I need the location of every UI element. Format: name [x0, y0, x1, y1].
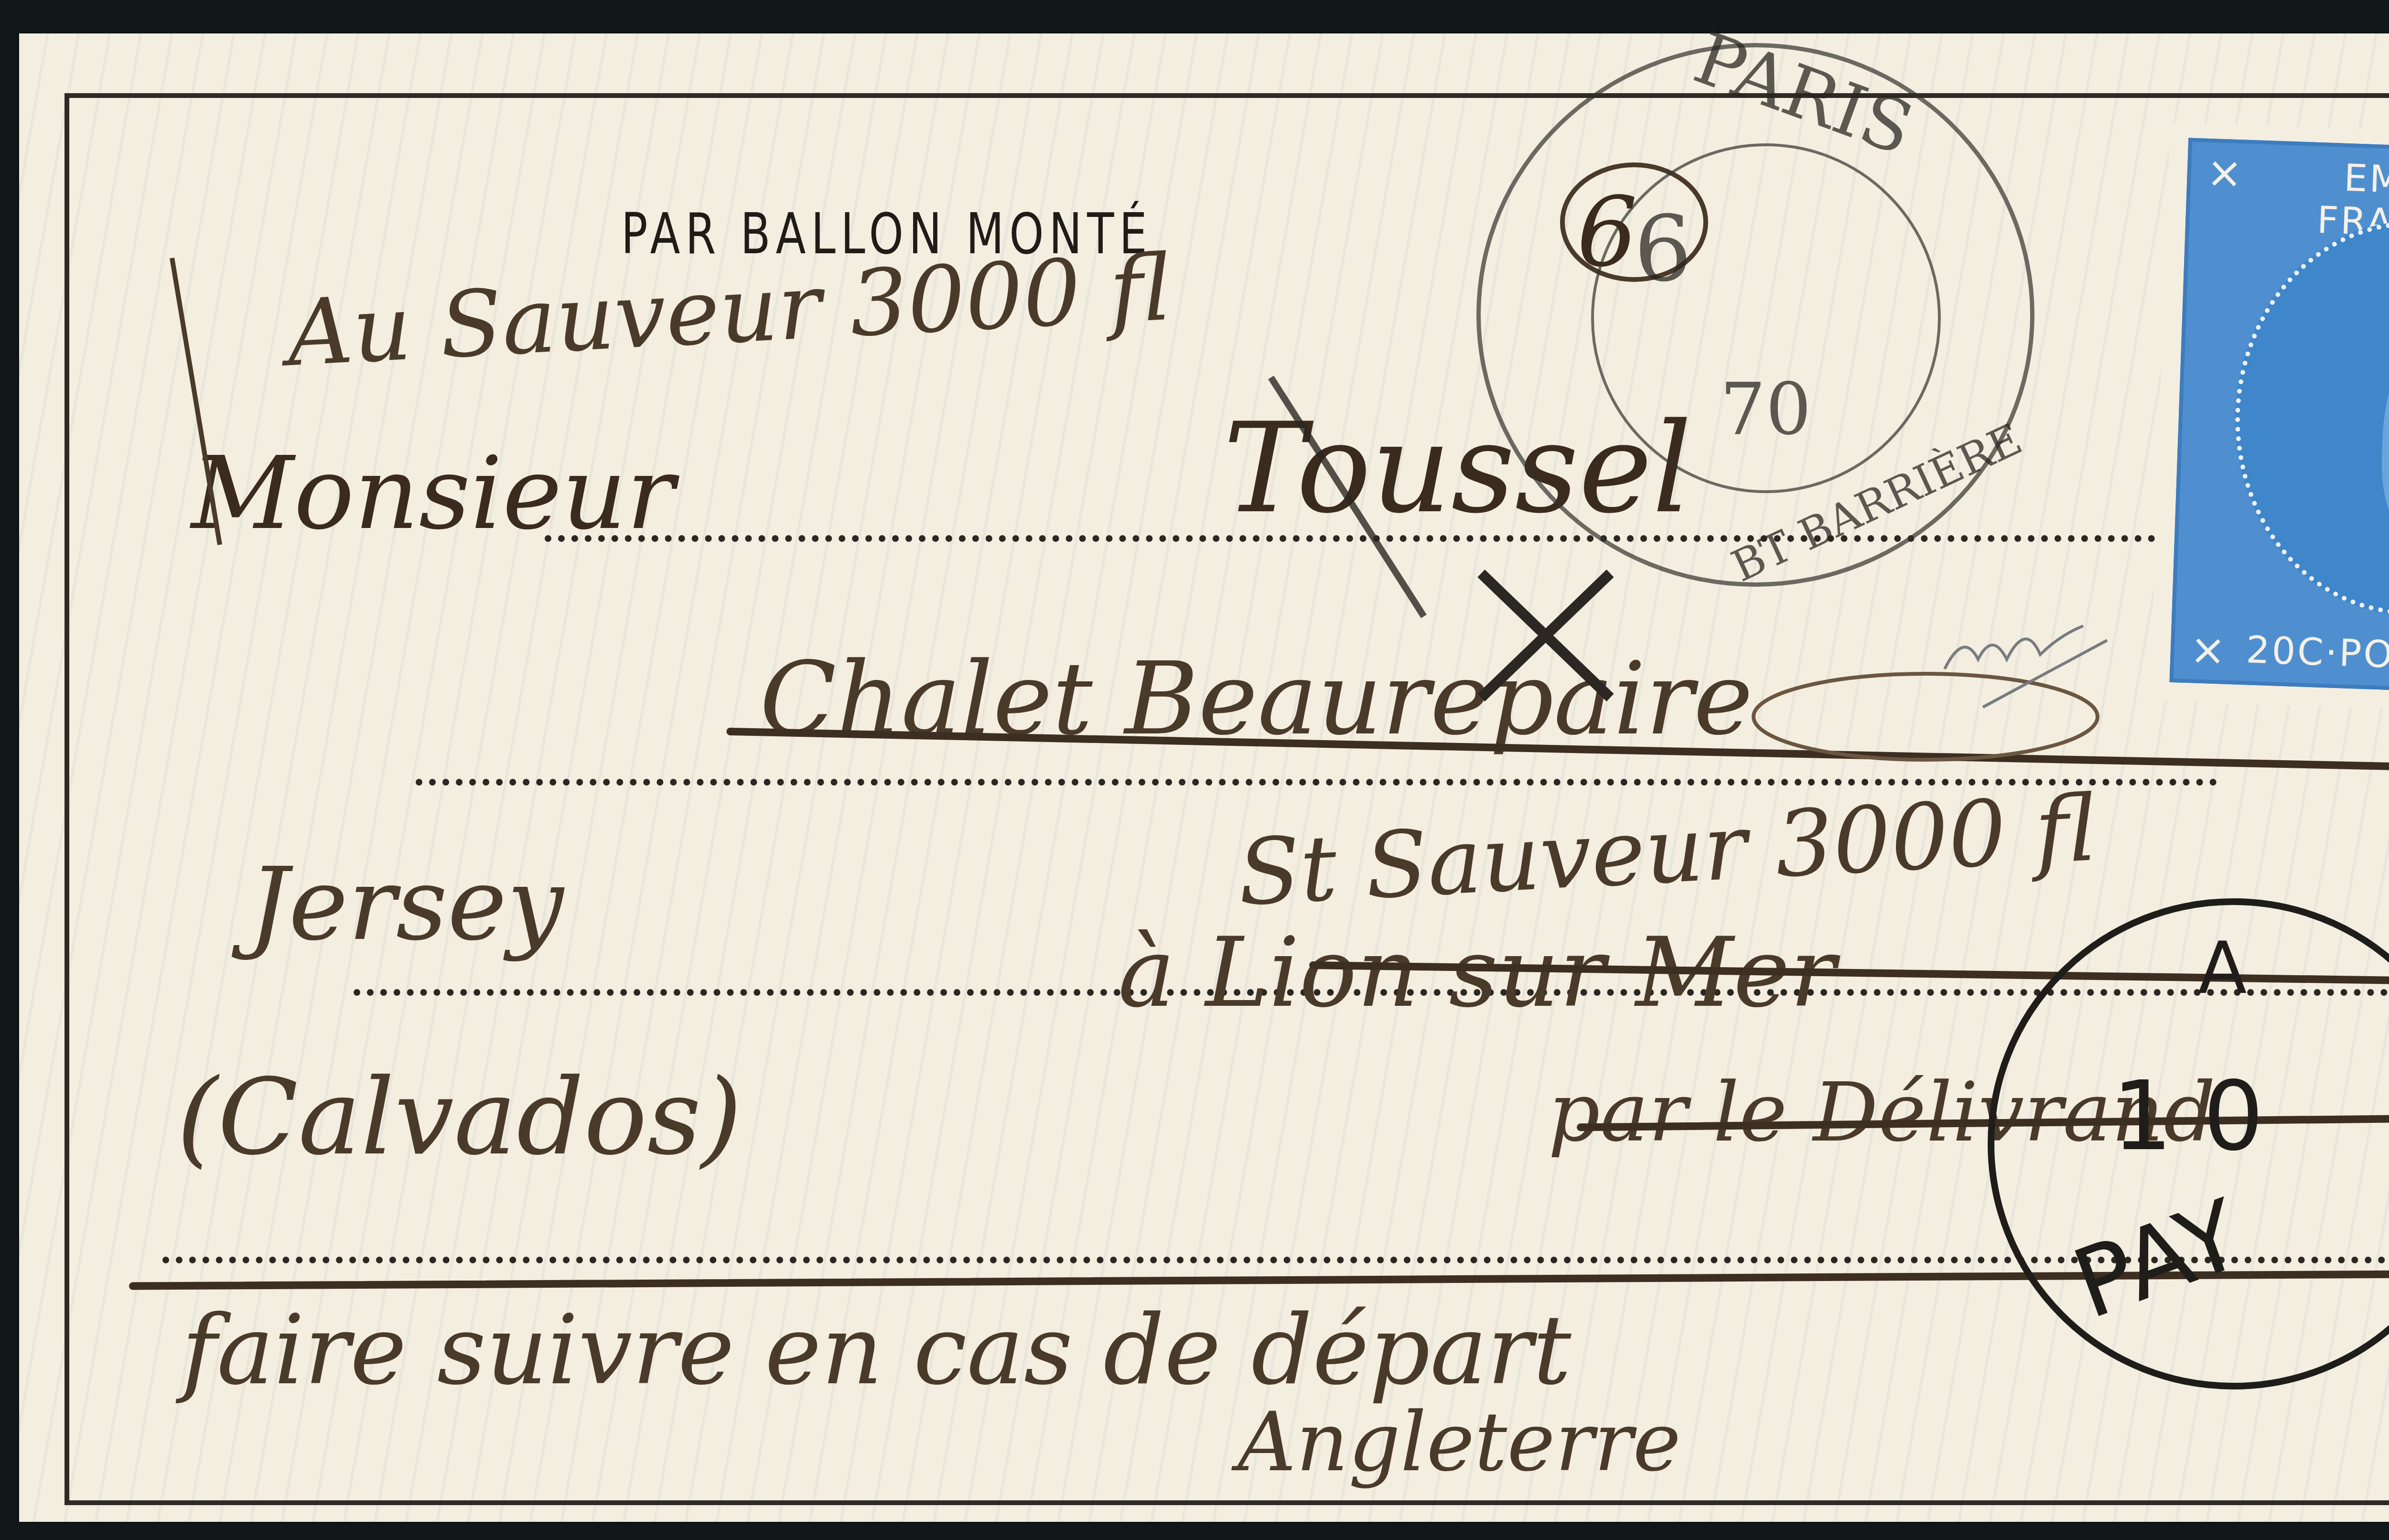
pencil-signature-icon: [19, 33, 2389, 1522]
letter-sheet: PAR BALLON MONTÉ Au Sauveur 3000 fl Mons…: [19, 33, 2389, 1522]
